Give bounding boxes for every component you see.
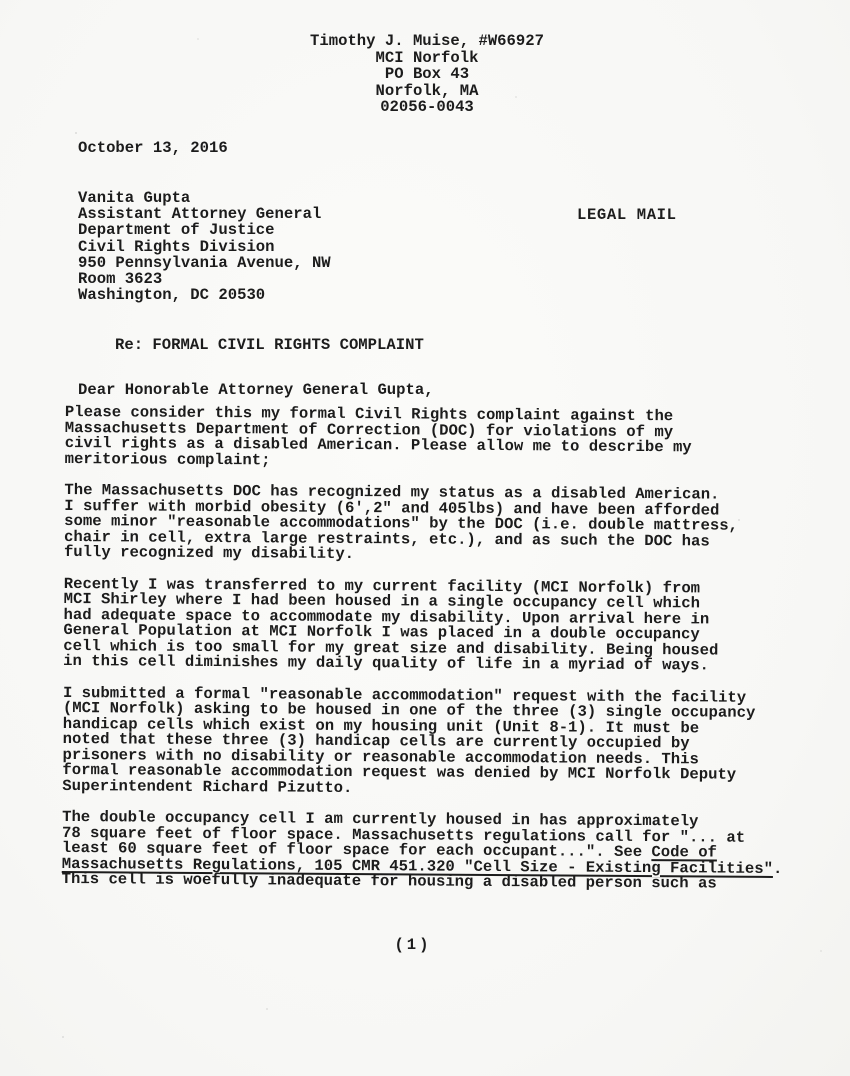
- paragraph-5-text: The double occupancy cell I am currently…: [62, 808, 745, 861]
- salutation: Dear Honorable Attorney General Gupta,: [78, 383, 434, 399]
- paragraph-3: Recently I was transferred to my current…: [63, 576, 809, 674]
- paragraph-2: The Massachusetts DOC has recognized my …: [64, 483, 810, 566]
- recipient-address-block: Vanita Gupta Assistant Attorney General …: [78, 190, 331, 303]
- date-line: October 13, 2016: [78, 141, 228, 157]
- paragraph-5: The double occupancy cell I am currently…: [62, 810, 808, 893]
- paragraph-4: I submitted a formal "reasonable accommo…: [62, 685, 808, 799]
- letter-body: Please consider this my formal Civil Rig…: [62, 405, 810, 909]
- page-number: (1): [0, 938, 838, 954]
- sender-address-block: Timothy J. Muise, #W66927 MCI Norfolk PO…: [2, 33, 850, 116]
- subject-line: Re: FORMAL CIVIL RIGHTS COMPLAINT: [115, 338, 424, 354]
- legal-mail-stamp: LEGAL MAIL: [577, 208, 677, 224]
- scanned-letter-page: Timothy J. Muise, #W66927 MCI Norfolk PO…: [0, 0, 850, 1076]
- paragraph-1: Please consider this my formal Civil Rig…: [65, 405, 810, 472]
